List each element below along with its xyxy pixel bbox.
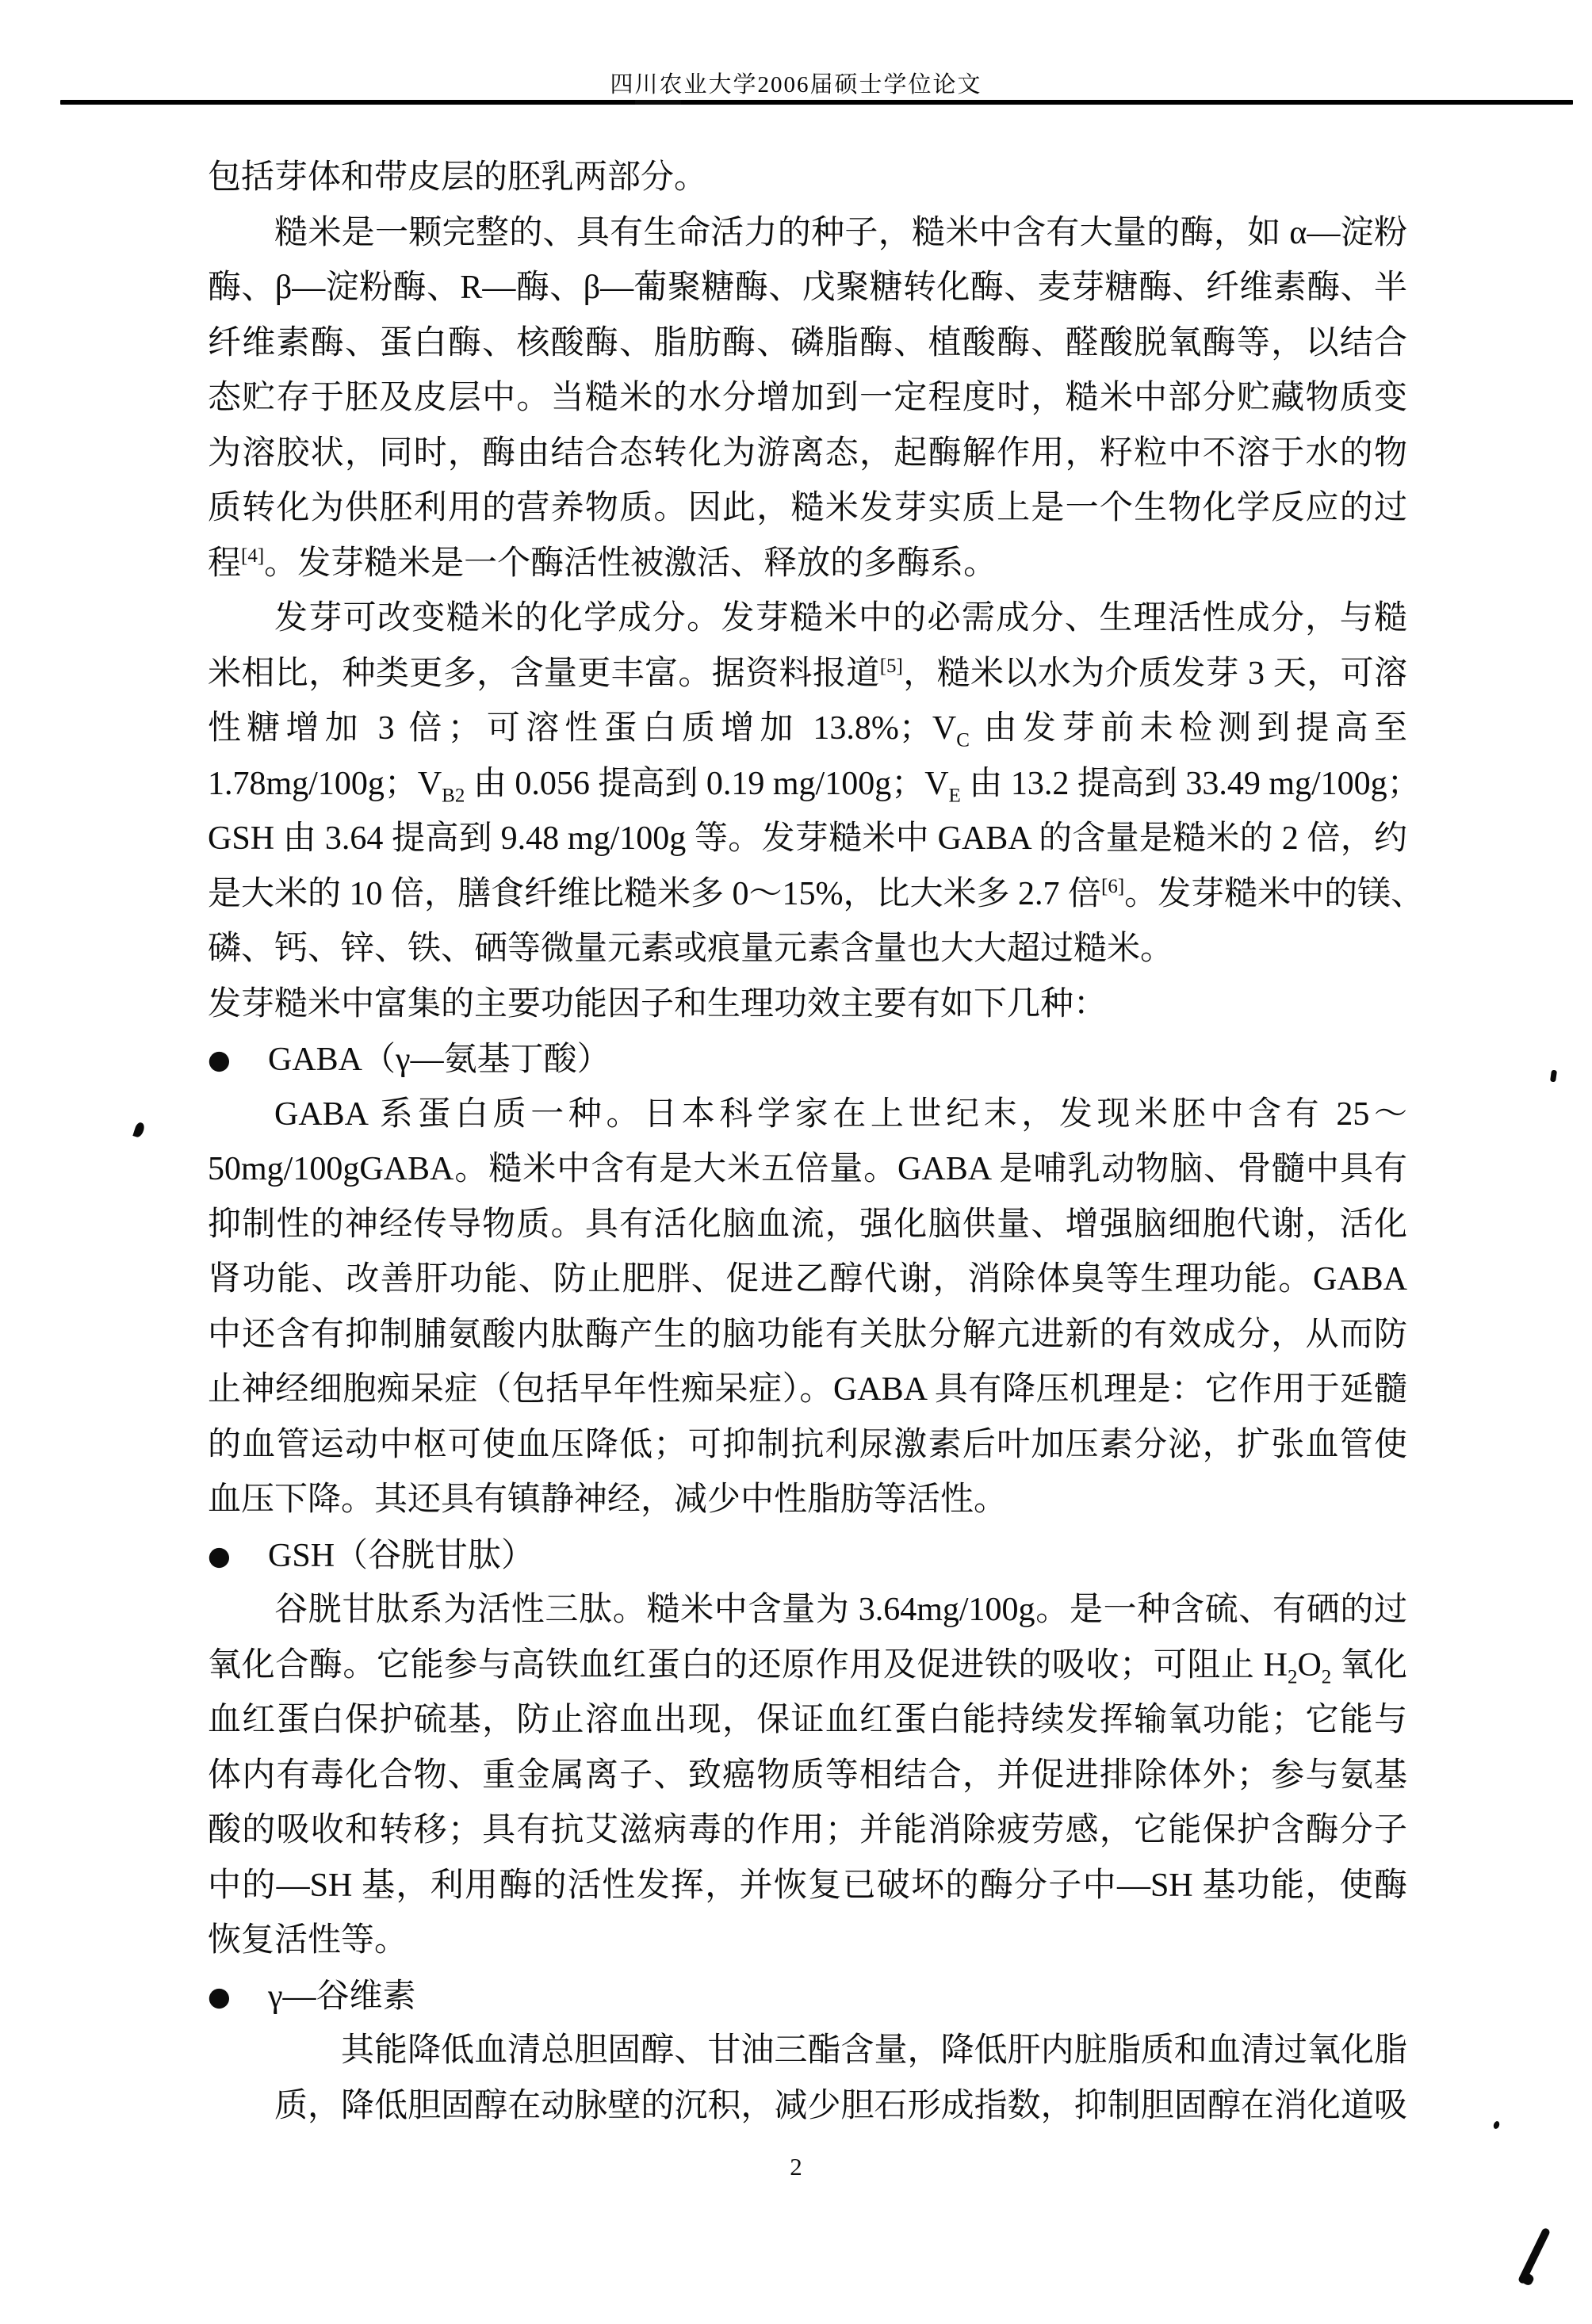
text-line: 性糖增加 3 倍；可溶性蛋白质增加 13.8%；VC 由发芽前未检测到提高至 (208, 701, 1407, 757)
line-text: 包括芽体和带皮层的胚乳两部分。 (208, 159, 707, 196)
line-text: 体内有毒化合物、重金属离子、致癌物质等相结合，并促进排除体外；参与氨基 (208, 1757, 1407, 1794)
line-text: 质转化为供胚利用的营养物质。因此，糙米发芽实质上是一个生物化学反应的过 (208, 490, 1407, 526)
line-text: 止神经细胞痴呆症（包括早年性痴呆症）。GABA 具有降压机理是：它作用于延髓 (208, 1371, 1407, 1408)
body-text: 包括芽体和带皮层的胚乳两部分。糙米是一颗完整的、具有生命活力的种子，糙米中含有大… (208, 151, 1407, 2134)
text-line: 氧化合酶。它能参与高铁血红蛋白的还原作用及促进铁的吸收；可阻止 H2O2 氧化 (208, 1638, 1407, 1694)
bullet-line: ●GSH（谷胱甘肽） (208, 1528, 1407, 1584)
line-text: GSH 由 3.64 提高到 9.48 mg/100g 等。发芽糙米中 GABA… (208, 820, 1407, 857)
ink-mark-dot (1493, 2120, 1501, 2130)
text-line: 纤维素酶、蛋白酶、核酸酶、脂肪酶、磷脂酶、植酸酶、醛酸脱氧酶等，以结合 (208, 316, 1407, 372)
line-text: 谷胱甘肽系为活性三肽。糙米中含量为 3.64mg/100g。是一种含硫、有硒的过 (274, 1592, 1407, 1628)
line-text: 糙米是一颗完整的、具有生命活力的种子，糙米中含有大量的酶，如 α—淀粉 (274, 215, 1407, 251)
text-line: 态贮存于胚及皮层中。当糙米的水分增加到一定程度时，糙米中部分贮藏物质变 (208, 371, 1407, 426)
ink-mark-tick (1550, 1070, 1557, 1083)
text-line: 50mg/100gGABA。糙米中含有是大米五倍量。GABA 是哺乳动物脑、骨髓… (208, 1142, 1407, 1198)
bullet-line: ●GABA（γ—氨基丁酸） (208, 1032, 1407, 1087)
text-line: 谷胱甘肽系为活性三肽。糙米中含量为 3.64mg/100g。是一种含硫、有硒的过 (208, 1583, 1407, 1638)
page-number: 2 (0, 2153, 1592, 2181)
text-line: GSH 由 3.64 提高到 9.48 mg/100g 等。发芽糙米中 GABA… (208, 812, 1407, 867)
line-text: 的血管运动中枢可使血压降低；可抑制抗利尿激素后叶加压素分泌，扩张血管使 (208, 1427, 1407, 1463)
line-text: 发芽糙米中富集的主要功能因子和生理功效主要有如下几种： (208, 986, 1107, 1022)
bullet-label: GSH（谷胱甘肽） (268, 1538, 534, 1574)
text-line: 中还含有抑制脯氨酸内肽酶产生的脑功能有关肽分解亢进新的有效成分，从而防 (208, 1308, 1407, 1363)
bullet-icon: ● (208, 1032, 268, 1087)
line-text: 中的—SH 基，利用酶的活性发挥，并恢复已破坏的酶分子中—SH 基功能，使酶 (208, 1867, 1407, 1904)
text-line: 程[4]。发芽糙米是一个酶活性被激活、释放的多酶系。 (208, 537, 1407, 592)
line-text: 磷、钙、锌、铁、硒等微量元素或痕量元素含量也大大超过糙米。 (208, 931, 1173, 967)
text-line: 质转化为供胚利用的营养物质。因此，糙米发芽实质上是一个生物化学反应的过 (208, 481, 1407, 537)
bullet-label: GABA（γ—氨基丁酸） (268, 1042, 610, 1078)
text-line: 其能降低血清总胆固醇、甘油三酯含量，降低肝内脏脂质和血清过氧化脂 (208, 2024, 1407, 2079)
line-text: 发芽可改变糙米的化学成分。发芽糙米中的必需成分、生理活性成分，与糙 (274, 600, 1407, 636)
text-line: 磷、钙、锌、铁、硒等微量元素或痕量元素含量也大大超过糙米。 (208, 922, 1407, 977)
text-line: 糙米是一颗完整的、具有生命活力的种子，糙米中含有大量的酶，如 α—淀粉 (208, 206, 1407, 262)
text-line: 的血管运动中枢可使血压降低；可抑制抗利尿激素后叶加压素分泌，扩张血管使 (208, 1418, 1407, 1474)
line-text: 中还含有抑制脯氨酸内肽酶产生的脑功能有关肽分解亢进新的有效成分，从而防 (208, 1317, 1407, 1353)
bullet-icon: ● (208, 1969, 268, 2024)
line-text: 50mg/100gGABA。糙米中含有是大米五倍量。GABA 是哺乳动物脑、骨髓… (208, 1151, 1407, 1187)
text-line: 1.78mg/100g；VB2 由 0.056 提高到 0.19 mg/100g… (208, 757, 1407, 812)
text-line: 抑制性的神经传导物质。具有活化脑血流，强化脑供量、增强脑细胞代谢，活化 (208, 1198, 1407, 1253)
line-text: 纤维素酶、蛋白酶、核酸酶、脂肪酶、磷脂酶、植酸酶、醛酸脱氧酶等，以结合 (208, 325, 1407, 361)
text-line: 止神经细胞痴呆症（包括早年性痴呆症）。GABA 具有降压机理是：它作用于延髓 (208, 1363, 1407, 1418)
text-line: GABA 系蛋白质一种。日本科学家在上世纪末，发现米胚中含有 25～ (208, 1087, 1407, 1143)
text-line: 米相比，种类更多，含量更丰富。据资料报道[5]，糙米以水为介质发芽 3 天，可溶 (208, 647, 1407, 702)
text-line: 血红蛋白保护硫基，防止溶血出现，保证血红蛋白能持续发挥输氧功能；它能与 (208, 1693, 1407, 1749)
line-text: 质，降低胆固醇在动脉壁的沉积，减少胆石形成指数，抑制胆固醇在消化道吸 (274, 2088, 1407, 2124)
text-line: 酶、β—淀粉酶、R—酶、β—葡聚糖酶、戊聚糖转化酶、麦芽糖酶、纤维素酶、半 (208, 261, 1407, 316)
text-line: 体内有毒化合物、重金属离子、致癌物质等相结合，并促进排除体外；参与氨基 (208, 1749, 1407, 1804)
bullet-line: ●γ—谷维素 (208, 1969, 1407, 2024)
line-text: 肾功能、改善肝功能、防止肥胖、促进乙醇代谢，消除体臭等生理功能。GABA (208, 1261, 1407, 1298)
bullet-label: γ—谷维素 (268, 1978, 416, 2015)
text-line: 是大米的 10 倍，膳食纤维比糙米多 0～15%，比大米多 2.7 倍[6]。发… (208, 867, 1407, 923)
text-line: 发芽糙米中富集的主要功能因子和生理功效主要有如下几种： (208, 977, 1407, 1033)
line-text: 米相比，种类更多，含量更丰富。据资料报道[5]，糙米以水为介质发芽 3 天，可溶 (208, 656, 1407, 692)
document-page: 四川农业大学2006届硕士学位论文 包括芽体和带皮层的胚乳两部分。糙米是一颗完整… (0, 0, 1592, 2324)
line-text: 是大米的 10 倍，膳食纤维比糙米多 0～15%，比大米多 2.7 倍[6]。发… (208, 876, 1424, 912)
line-text: 氧化合酶。它能参与高铁血红蛋白的还原作用及促进铁的吸收；可阻止 H2O2 氧化 (208, 1647, 1407, 1684)
line-text: 恢复活性等。 (208, 1922, 408, 1959)
bullet-icon: ● (208, 1528, 268, 1584)
line-text: 其能降低血清总胆固醇、甘油三酯含量，降低肝内脏脂质和血清过氧化脂 (341, 2032, 1407, 2069)
line-text: 血压下降。其还具有镇静神经，减少中性脂肪等活性。 (208, 1481, 1007, 1518)
text-line: 恢复活性等。 (208, 1913, 1407, 1969)
ink-mark-comma (132, 1122, 145, 1138)
text-line: 质，降低胆固醇在动脉壁的沉积，减少胆石形成指数，抑制胆固醇在消化道吸 (208, 2079, 1407, 2135)
line-text: 抑制性的神经传导物质。具有活化脑血流，强化脑供量、增强脑细胞代谢，活化 (208, 1206, 1407, 1243)
text-line: 酸的吸收和转移；具有抗艾滋病毒的作用；并能消除疲劳感，它能保护含酶分子 (208, 1803, 1407, 1859)
text-line: 为溶胶状，同时，酶由结合态转化为游离态，起酶解作用，籽粒中不溶于水的物 (208, 426, 1407, 482)
line-text: 性糖增加 3 倍；可溶性蛋白质增加 13.8%；VC 由发芽前未检测到提高至 (208, 710, 1407, 747)
line-text: 程[4]。发芽糙米是一个酶活性被激活、释放的多酶系。 (208, 545, 997, 582)
line-text: 血红蛋白保护硫基，防止溶血出现，保证血红蛋白能持续发挥输氧功能；它能与 (208, 1702, 1407, 1738)
line-text: 酶、β—淀粉酶、R—酶、β—葡聚糖酶、戊聚糖转化酶、麦芽糖酶、纤维素酶、半 (208, 269, 1407, 306)
text-line: 血压下降。其还具有镇静神经，减少中性脂肪等活性。 (208, 1473, 1407, 1528)
header-rule (60, 100, 1573, 105)
line-text: 态贮存于胚及皮层中。当糙米的水分增加到一定程度时，糙米中部分贮藏物质变 (208, 380, 1407, 416)
running-head: 四川农业大学2006届硕士学位论文 (0, 67, 1592, 99)
line-text: 为溶胶状，同时，酶由结合态转化为游离态，起酶解作用，籽粒中不溶于水的物 (208, 435, 1407, 472)
line-text: GABA 系蛋白质一种。日本科学家在上世纪末，发现米胚中含有 25～ (274, 1096, 1407, 1133)
text-line: 肾功能、改善肝功能、防止肥胖、促进乙醇代谢，消除体臭等生理功能。GABA (208, 1252, 1407, 1308)
text-line: 中的—SH 基，利用酶的活性发挥，并恢复已破坏的酶分子中—SH 基功能，使酶 (208, 1859, 1407, 1914)
line-text: 酸的吸收和转移；具有抗艾滋病毒的作用；并能消除疲劳感，它能保护含酶分子 (208, 1812, 1407, 1848)
line-text: 1.78mg/100g；VB2 由 0.056 提高到 0.19 mg/100g… (208, 766, 1421, 802)
text-line: 发芽可改变糙米的化学成分。发芽糙米中的必需成分、生理活性成分，与糙 (208, 591, 1407, 647)
text-line: 包括芽体和带皮层的胚乳两部分。 (208, 151, 1407, 206)
